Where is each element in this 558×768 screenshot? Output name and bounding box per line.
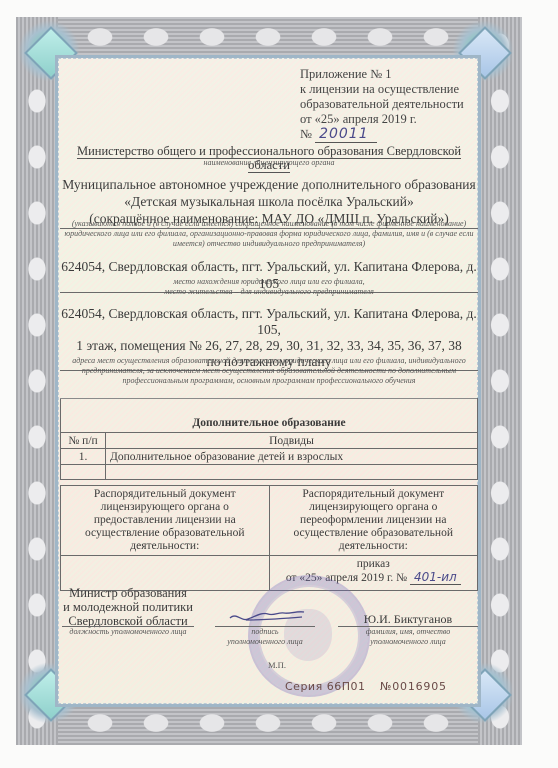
column-header-subtypes: Подвиды [106,433,478,449]
row-value: Дополнительное образование детей и взрос… [106,449,478,465]
border-right [478,17,522,745]
address-line: 1 этаж, помещения № 26, 27, 28, 29, 30, … [60,338,478,354]
border-top [16,17,522,57]
column-header-number: № п/п [61,433,106,449]
position-line: Министр образования [62,586,194,600]
form-series: Серия 66П01 [285,680,365,693]
address-line: 624054, Свердловская область, пгт. Ураль… [60,306,478,338]
licensing-body-caption: наименование лицензирующего органа [60,158,478,168]
grant-document-header: Распорядительный документ лицензирующего… [61,486,270,556]
position-line: и молодежной политики [62,600,194,614]
form-number: №0016905 [380,680,447,693]
border-bottom [16,703,522,745]
organization-caption: (указываются полное и (в случае если име… [60,219,478,249]
education-table: Дополнительное образование № п/п Подвиды… [60,398,478,480]
signature-caption: подпись уполномоченного лица [215,627,315,647]
organization-line: Муниципальное автономное учреждение допо… [60,176,478,193]
caption-line: фамилия, имя, отчество [338,627,478,637]
caption-line: место нахождения юридического лица или е… [60,277,478,287]
caption-line: уполномоченного лица [338,637,478,647]
signature-icon [228,608,308,626]
empty-cell [61,465,106,480]
name-caption: фамилия, имя, отчество уполномоченного л… [338,627,478,647]
appendix-line: к лицензии на осуществление [300,82,464,97]
caption-line: уполномоченного лица [215,637,315,647]
caption-line: место жительства – для индивидуального п… [60,287,478,297]
handwritten-number: 20011 [315,126,377,143]
signatory-name: Ю.И. Биктуганов [338,612,478,627]
signatory-position: Министр образования и молодежной политик… [62,586,194,628]
education-table-title: Дополнительное образование [61,399,478,433]
position-caption: должность уполномоченного лица [62,627,194,637]
appendix-line: образовательной деятельности [300,97,464,112]
handwritten-order-number: 401-ил [410,570,461,585]
reissue-document-header: Распорядительный документ лицензирующего… [269,486,478,556]
activity-address-caption: адреса мест осуществления образовательно… [60,356,478,386]
number-prefix: № [300,127,312,141]
border-left [16,17,58,745]
table-row: 1. Дополнительное образование детей и вз… [61,449,478,465]
empty-cell [106,465,478,480]
caption-line: подпись [215,627,315,637]
row-number: 1. [61,449,106,465]
appendix-line: от «25» апреля 2019 г. [300,112,464,127]
appendix-number: № 20011 [300,127,464,142]
appendix-line: Приложение № 1 [300,67,464,82]
legal-address-caption: место нахождения юридического лица или е… [60,277,478,297]
appendix-header: Приложение № 1 к лицензии на осуществлен… [300,67,464,142]
documents-table: Распорядительный документ лицензирующего… [60,485,478,591]
seal-label: М.П. [268,660,286,670]
organization-line: «Детская музыкальная школа посёлка Ураль… [60,193,478,210]
